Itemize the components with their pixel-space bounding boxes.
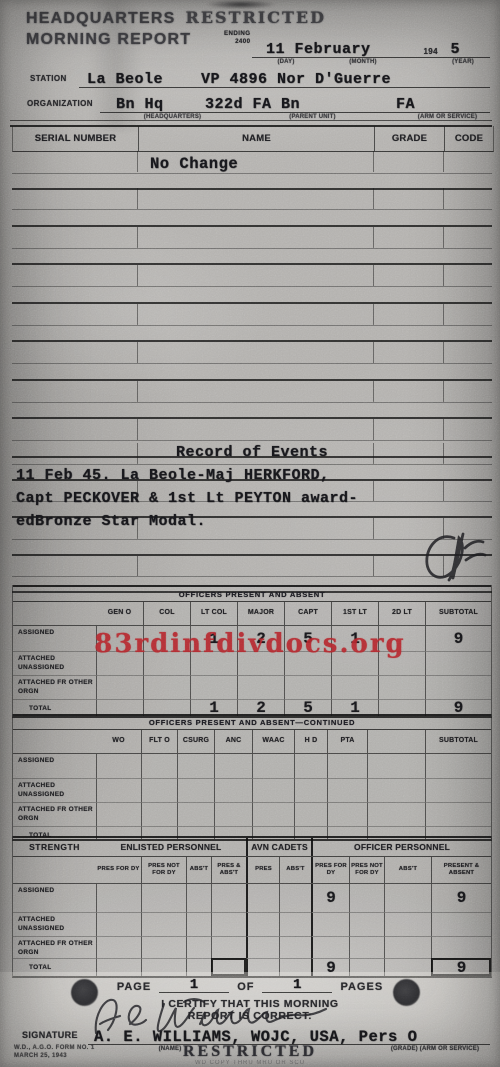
column-header: CODE xyxy=(444,126,493,151)
record-line: Capt PECKOVER & 1st Lt PEYTON award- xyxy=(16,490,358,507)
organization-hq: Bn Hq xyxy=(116,96,164,113)
hole-punch-right xyxy=(393,979,420,1006)
row-label: ASSIGNED xyxy=(13,754,96,778)
table-cell xyxy=(327,754,367,778)
table-cell xyxy=(384,936,431,958)
column-header: SUBTOTAL xyxy=(425,730,491,753)
column-header: WAAC xyxy=(252,730,294,753)
table-cell xyxy=(384,912,431,936)
table-cell xyxy=(425,778,491,802)
strength-data: ASSIGNED99ATTACHED UNASSIGNEDATTACHED FR… xyxy=(13,884,491,976)
record-line: 11 Feb 45. La Beole-Maj HERKFORD, xyxy=(16,467,330,484)
table-cell xyxy=(214,802,252,826)
column-header: ABS'T xyxy=(186,857,211,883)
morning-report-form: HEADQUARTERSRESTRICTED MORNING REPORT EN… xyxy=(0,0,500,1067)
table-cell xyxy=(141,884,186,912)
table-cell xyxy=(425,754,491,778)
table-cell xyxy=(96,754,141,778)
table-cell xyxy=(96,675,143,699)
table-cell xyxy=(246,936,279,958)
column-header: SERIAL NUMBER xyxy=(13,126,138,151)
table-cell: 9 xyxy=(431,884,491,912)
table-cell xyxy=(96,884,141,912)
restricted-stamp-top: RESTRICTED xyxy=(186,8,326,27)
column-header: COL xyxy=(143,602,190,625)
row-label: ATTACHED UNASSIGNED xyxy=(13,778,96,802)
report-date: 11 February xyxy=(266,41,371,58)
table-cell xyxy=(141,912,186,936)
spacer-cell xyxy=(13,730,96,753)
form-title: HEADQUARTERSRESTRICTED xyxy=(26,8,326,28)
officers-continued-title: OFFICERS PRESENT AND ABSENT—CONTINUED xyxy=(13,714,491,730)
table-cell xyxy=(425,802,491,826)
column-header: NAME xyxy=(138,126,374,151)
table-cell xyxy=(294,802,327,826)
restricted-stamp-bottom: RESTRICTED xyxy=(0,1043,500,1061)
table-cell xyxy=(186,884,211,912)
copy-note: WD COPY THRU MRU OR SCU xyxy=(0,1060,500,1066)
spacer-cell xyxy=(13,602,96,625)
table-cell xyxy=(141,936,186,958)
row-label: ATTACHED FR OTHER ORGN xyxy=(13,802,96,826)
table-cell xyxy=(431,912,491,936)
ending-label: ENDING xyxy=(224,30,250,38)
row-label: ATTACHED UNASSIGNED xyxy=(13,912,96,936)
table-cell xyxy=(190,675,237,699)
blank-row xyxy=(12,342,492,381)
column-header: ENLISTED PERSONNEL xyxy=(96,838,246,856)
table-cell xyxy=(214,778,252,802)
blank-row xyxy=(12,265,492,304)
table-cell xyxy=(349,912,384,936)
row-label: ATTACHED FR OTHER ORGN xyxy=(13,936,96,958)
table-cell xyxy=(294,754,327,778)
column-header: AVN CADETS xyxy=(246,838,311,856)
strength-table: STRENGTH ENLISTED PERSONNELAVN CADETSOFF… xyxy=(12,836,492,978)
table-cell xyxy=(246,884,279,912)
table-cell xyxy=(252,778,294,802)
station-line: La Beole VP 4896 Nor D'Guerre xyxy=(79,64,490,88)
column-header: GRADE xyxy=(374,126,444,151)
column-header: PRESENT & ABSENT xyxy=(431,857,491,883)
column-header: PRES & ABS'T xyxy=(211,857,246,883)
table-cell xyxy=(349,936,384,958)
table-cell xyxy=(177,754,214,778)
column-header: ANC xyxy=(214,730,252,753)
no-change-entry: No Change xyxy=(150,155,238,173)
year-prefix: 194 xyxy=(423,47,438,56)
column-header: LT COL xyxy=(190,602,237,625)
table-cell xyxy=(96,778,141,802)
table-cell xyxy=(367,778,425,802)
station-value: La Beole VP 4896 Nor D'Guerre xyxy=(87,71,391,88)
station-label: STATION xyxy=(30,74,67,83)
organization-parent: 322d FA Bn xyxy=(205,96,300,113)
table-cell xyxy=(211,936,246,958)
watermark-text: 83rdinfdivdocs.org xyxy=(0,629,500,659)
blank-row xyxy=(12,188,492,227)
table-cell xyxy=(141,778,177,802)
record-line: edBronze Star Modal. xyxy=(16,513,206,530)
strength-groups: STRENGTH ENLISTED PERSONNELAVN CADETSOFF… xyxy=(13,836,491,857)
table-cell xyxy=(331,675,378,699)
table-cell xyxy=(211,884,246,912)
table-cell xyxy=(237,675,284,699)
column-header: 2D LT xyxy=(378,602,425,625)
officers-continued-data: ASSIGNEDATTACHED UNASSIGNEDATTACHED FR O… xyxy=(13,754,491,839)
table-cell xyxy=(96,802,141,826)
column-header xyxy=(367,730,425,753)
record-of-events-title: Record of Events xyxy=(12,444,492,461)
table-cell xyxy=(246,912,279,936)
roster-blank-rows xyxy=(12,188,492,458)
column-header: CSURG xyxy=(177,730,214,753)
table-cell xyxy=(177,778,214,802)
column-header: SUBTOTAL xyxy=(425,602,491,625)
column-header: ABS'T xyxy=(279,857,311,883)
column-header: WO xyxy=(96,730,141,753)
ending-2400-label: ENDING 2400 xyxy=(224,30,250,46)
table-cell xyxy=(431,936,491,958)
table-cell xyxy=(327,802,367,826)
table-cell xyxy=(186,936,211,958)
officers-continued-columns: WOFLT OCSURGANCWAACH DPTASUBTOTAL xyxy=(13,730,491,754)
table-cell xyxy=(384,884,431,912)
table-cell xyxy=(214,754,252,778)
column-header: PTA xyxy=(327,730,367,753)
column-header: OFFICER PERSONNEL xyxy=(311,838,491,856)
column-header: CAPT xyxy=(284,602,331,625)
handwritten-initials xyxy=(420,528,495,584)
column-header: PRES NOT FOR DY xyxy=(349,857,384,883)
report-year: 5 xyxy=(450,41,460,58)
roster-header: SERIAL NUMBERNAMEGRADECODE xyxy=(12,126,494,152)
table-cell xyxy=(96,936,141,958)
pages-label: PAGES xyxy=(340,981,383,993)
table-cell xyxy=(143,675,190,699)
column-header: H D xyxy=(294,730,327,753)
column-header: PRES NOT FOR DY xyxy=(141,857,186,883)
table-cell xyxy=(186,912,211,936)
table-cell xyxy=(349,884,384,912)
table-cell xyxy=(294,778,327,802)
column-header: FLT O xyxy=(141,730,177,753)
column-header: ABS'T xyxy=(384,857,431,883)
organization-line: Bn Hq 322d FA Bn FA xyxy=(100,88,490,113)
table-cell xyxy=(425,675,491,699)
officers-present-title: OFFICERS PRESENT AND ABSENT xyxy=(13,585,491,602)
column-header: 1ST LT xyxy=(331,602,378,625)
table-cell xyxy=(96,912,141,936)
organization-arm: FA xyxy=(396,96,415,113)
column-header: MAJOR xyxy=(237,602,284,625)
blank-row xyxy=(12,381,492,420)
signature-script xyxy=(86,990,341,1040)
blank-row xyxy=(12,227,492,266)
officers-continued-table: OFFICERS PRESENT AND ABSENT—CONTINUED WO… xyxy=(12,714,492,841)
table-cell xyxy=(378,675,425,699)
table-cell xyxy=(252,802,294,826)
signature-label: SIGNATURE xyxy=(22,1030,78,1040)
ending-time: 2400 xyxy=(224,38,250,46)
officers-present-columns: GEN OCOLLT COLMAJORCAPT1ST LT2D LTSUBTOT… xyxy=(13,602,491,626)
table-cell xyxy=(279,884,311,912)
table-cell xyxy=(311,912,349,936)
column-header: PRES xyxy=(246,857,279,883)
table-cell xyxy=(252,754,294,778)
table-cell xyxy=(367,802,425,826)
organization-label: ORGANIZATION xyxy=(27,99,93,108)
column-header: PRES FOR DY xyxy=(96,857,141,883)
table-cell: 9 xyxy=(311,884,349,912)
row-label: ATTACHED FR OTHER ORGN xyxy=(13,675,96,699)
table-cell xyxy=(141,754,177,778)
table-cell xyxy=(211,912,246,936)
table-cell xyxy=(279,912,311,936)
table-cell xyxy=(327,778,367,802)
strength-subcolumns: PRES FOR DYPRES NOT FOR DYABS'TPRES & AB… xyxy=(13,857,491,884)
column-header: PRES FOR DY xyxy=(311,857,349,883)
column-header: GEN O xyxy=(96,602,143,625)
table-cell xyxy=(141,802,177,826)
table-cell xyxy=(279,936,311,958)
table-cell xyxy=(311,936,349,958)
strength-label: STRENGTH xyxy=(13,838,96,856)
spacer-cell xyxy=(13,857,96,883)
roster-row: No Change xyxy=(12,151,492,190)
blank-row xyxy=(12,304,492,343)
row-label: ASSIGNED xyxy=(13,884,96,912)
date-line: 11 February 194 5 xyxy=(252,36,490,58)
table-cell xyxy=(367,754,425,778)
morning-report-title: MORNING REPORT xyxy=(26,31,191,49)
headquarters-label: HEADQUARTERS xyxy=(26,10,176,27)
table-cell xyxy=(284,675,331,699)
table-cell xyxy=(177,802,214,826)
